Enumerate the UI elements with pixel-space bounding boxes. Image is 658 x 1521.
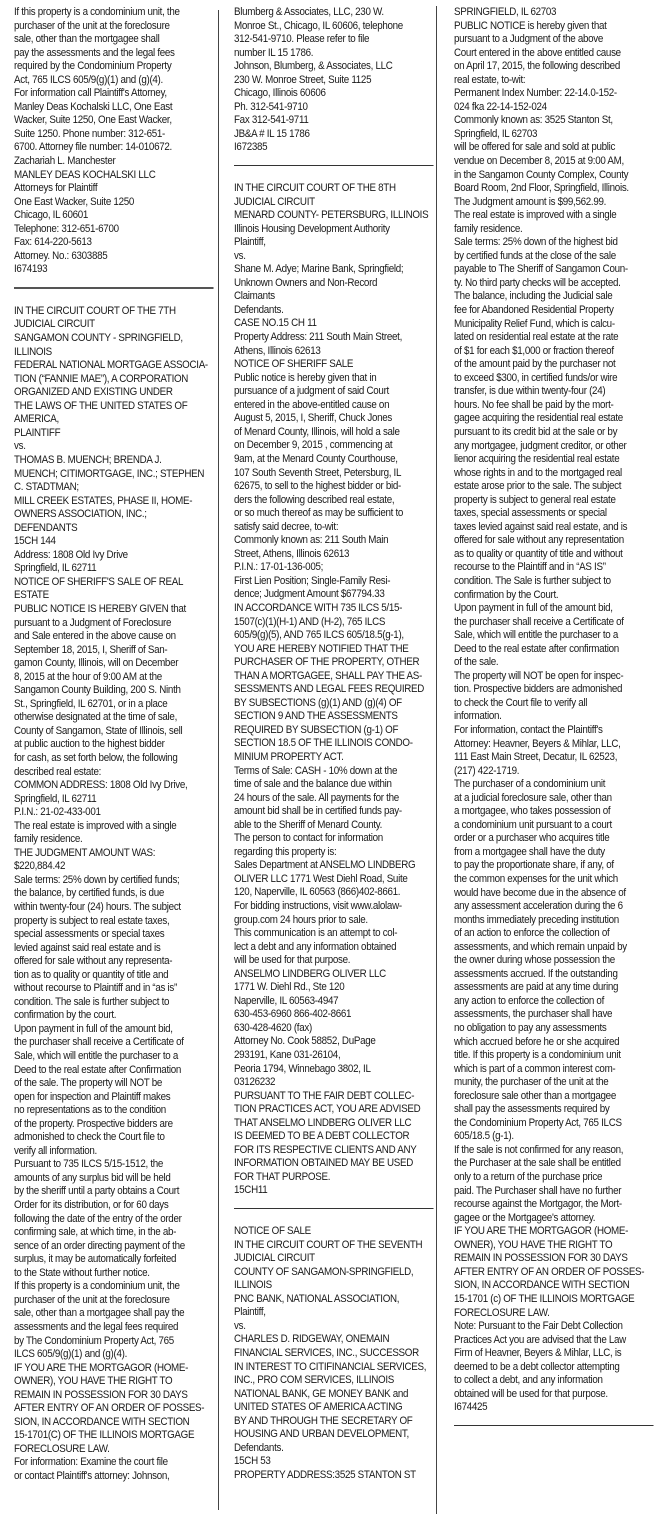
notice-text-line: amounts of any surplus bid will be held — [14, 1172, 215, 1186]
notice-text-line: AFTER ENTRY OF AN ORDER OF POSSES- — [14, 1402, 215, 1416]
notice-text-line: taxes, special assessments or special — [454, 507, 658, 521]
notice-text-line: BY AND THROUGH THE SECRETARY OF — [234, 1415, 439, 1429]
notice-text-line: IS DEEMED TO BE A DEBT COLLECTOR — [234, 1130, 439, 1144]
notice-text-line: 107 South Seventh Street, Petersburg, IL — [234, 467, 439, 481]
notice-text-line: Springfield, IL 62703 — [454, 128, 658, 142]
notice-text-line: shall pay the assessments required by — [454, 1103, 658, 1117]
notice-text-line: Fax: 614-220-5613 — [14, 236, 215, 250]
notice-text-line: Street, Athens, Illinois 62613 — [234, 548, 439, 562]
notice-text-line: 230 W. Monroe Street, Suite 1125 — [234, 74, 439, 88]
notice-text-line: OWNERS ASSOCIATION, INC.; — [14, 508, 215, 522]
notice-text-line: ESTATE — [14, 589, 215, 603]
notice-text-line: THAN A MORTGAGEE, SHALL PAY THE AS- — [234, 670, 439, 684]
notice-text-line: OWNER), YOU HAVE THE RIGHT TO — [454, 1239, 658, 1253]
notice-text-line: Sangamon County Building, 200 S. Ninth — [14, 684, 215, 698]
notice-text-line: by the sheriff until a party obtains a C… — [14, 1185, 215, 1199]
notice-text-line: pursuant to a Judgment of the above — [454, 33, 658, 47]
notice-text-line: REMAIN IN POSSESSION FOR 30 DAYS — [14, 1389, 215, 1403]
notice-text-line: the balance, by certified funds, is due — [14, 887, 215, 901]
notice-text-line: fee for Abandoned Residential Property — [454, 304, 658, 318]
notice-text-line: estate arose prior to the sale. The subj… — [454, 480, 658, 494]
notice-text-line: purchaser of the unit at the foreclosure — [14, 20, 215, 34]
notice-text-line: BY SUBSECTIONS (g)(1) AND (g)(4) OF — [234, 697, 439, 711]
notice-text-line: This communication is an attempt to col- — [234, 927, 439, 941]
notice-text-line: IN THE CIRCUIT COURT OF THE 8TH — [234, 182, 439, 196]
notice-text-line: Springfield, IL 62711 — [14, 562, 215, 576]
notice-text-line: paid. The Purchaser shall have no furthe… — [454, 1185, 658, 1199]
notice-text-line: to exceed $300, in certified funds/or wi… — [454, 372, 658, 386]
notice-text-line: JUDICIAL CIRCUIT — [14, 318, 215, 332]
notice-separator-rule — [234, 165, 434, 166]
notice-text-line: THAT ANSELMO LINDBERG OLIVER LLC — [234, 1117, 439, 1131]
notice-text-line: of the sale. — [454, 656, 658, 670]
notice-text-line: 15CH 53 — [234, 1455, 439, 1469]
notice-text-line: special assessments or special taxes — [14, 928, 215, 942]
notice-text-line: 120, Naperville, IL 60563 (866)402-8661. — [234, 886, 439, 900]
notice-text-line: regarding this property is: — [234, 846, 439, 860]
notice-text-line: lienor acquiring the residential real es… — [454, 453, 658, 467]
notice-text-line: ders the following described real estate… — [234, 494, 439, 508]
notice-text-line: Property Address: 211 South Main Street, — [234, 331, 439, 345]
notice-text-line: on December 9, 2015 , commencing at — [234, 439, 439, 453]
notice-text-line: ORGANIZED AND EXISTING UNDER — [14, 386, 215, 400]
notice-text-line: The real estate is improved with a singl… — [14, 820, 215, 834]
notice-text-line: 293191, Kane 031-26104, — [234, 1049, 439, 1063]
notice-text-line: YOU ARE HEREBY NOTIFIED THAT THE — [234, 643, 439, 657]
notice-text-line: information. — [454, 710, 658, 724]
notice-text-line: Sale, which will entitle the purchaser t… — [14, 1050, 215, 1064]
notice-text-line: Plaintiff, — [234, 1306, 439, 1320]
notice-text-line: The real estate is improved with a singl… — [454, 209, 658, 223]
notice-text-line: which is part of a common interest com- — [454, 1063, 658, 1077]
notice-text-line: 15CH 144 — [14, 535, 215, 549]
notice-text-line: assessments are paid at any time during — [454, 981, 658, 995]
notice-text-line: MENARD COUNTY- PETERSBURG, ILLINOIS — [234, 209, 439, 223]
notice-text-line: Fax 312-541-9711 — [234, 114, 439, 128]
notice-text-line: IF YOU ARE THE MORTGAGOR (HOME- — [14, 1362, 215, 1376]
notice-text-line: described real estate: — [14, 766, 215, 780]
notice-text-line: assessments accrued. If the outstanding — [454, 968, 658, 982]
notice-text-line: pursuant to a Judgment of Foreclosure — [14, 617, 215, 631]
notice-text-line: confirmation by the court. — [14, 1009, 215, 1023]
notice-text-line: UNITED STATES OF AMERICA ACTING — [234, 1401, 439, 1415]
notice-text-line: Municipality Relief Fund, which is calcu… — [454, 318, 658, 332]
notice-text-line: by certified funds at the close of the s… — [454, 250, 658, 264]
notice-text-line: 9am, at the Menard County Courthouse, — [234, 453, 439, 467]
notice-text-line: whose rights in and to the mortgaged rea… — [454, 467, 658, 481]
notice-text-line: COMMON ADDRESS: 1808 Old Ivy Drive, — [14, 779, 215, 793]
notice-separator-rule — [14, 287, 214, 289]
notice-text-line: The Judgment amount is $99,562.99. — [454, 196, 658, 210]
notice-text-line: Pursuant to 735 ILCS 5/15-1512, the — [14, 1158, 215, 1172]
notice-text-line: Zachariah L. Manchester — [14, 155, 215, 169]
notice-text-line: confirmation by the Court. — [454, 589, 658, 603]
notice-text-line: I674193 — [14, 263, 215, 277]
notice-text-line: NATIONAL BANK, GE MONEY BANK and — [234, 1388, 439, 1402]
notice-text-line: lated on residential real estate at the … — [454, 331, 658, 345]
notice-text-line: PNC BANK, NATIONAL ASSOCIATION, — [234, 1293, 439, 1307]
notice-text-line: dence; Judgment Amount $67794.33 — [234, 588, 439, 602]
notice-text-line: vs. — [234, 1320, 439, 1334]
notice-text-line: PUBLIC NOTICE IS HEREBY GIVEN that — [14, 603, 215, 617]
notice-text-line: OLIVER LLC 1771 West Diehl Road, Suite — [234, 873, 439, 887]
notice-text-line: Blumberg & Associates, LLC, 230 W. — [234, 6, 439, 20]
notice-text-line: sale, other than the mortgagee shall — [14, 33, 215, 47]
notice-text-line: Public notice is hereby given that in — [234, 372, 439, 386]
notice-text-line: family residence. — [454, 223, 658, 237]
notice-text-line: PROPERTY ADDRESS:3525 STANTON ST — [234, 1469, 439, 1483]
notice-separator-rule — [454, 1425, 654, 1426]
notice-text-line: MANLEY DEAS KOCHALSKI LLC — [14, 169, 215, 183]
notice-text-line: assessments, the purchaser shall have — [454, 1008, 658, 1022]
notice-text-line: FINANCIAL SERVICES, INC., SUCCESSOR — [234, 1347, 439, 1361]
notice-text-line: NOTICE OF SHERIFF'S SALE OF REAL — [14, 576, 215, 590]
notice-text-line: satisfy said decree, to-wit: — [234, 521, 439, 535]
notice-text-line: 6700. Attorney file number: 14-010672. — [14, 141, 215, 155]
notice-text-line: ILLINOIS — [234, 1279, 439, 1293]
notice-text-line: PUBLIC NOTICE is hereby given that — [454, 20, 658, 34]
notice-text-line: MUENCH; CITIMORTGAGE, INC.; STEPHEN — [14, 468, 215, 482]
notice-text-line: IN ACCORDANCE WITH 735 ILCS 5/15- — [234, 602, 439, 616]
notice-text-line: within twenty-four (24) hours. The subje… — [14, 901, 215, 915]
notice-text-line: NOTICE OF SALE — [234, 1225, 439, 1239]
notice-text-line: One East Wacker, Suite 1250 — [14, 196, 215, 210]
notice-text-line: condition. The sale is further subject t… — [14, 996, 215, 1010]
legal-notices-page: If this property is a condominium unit, … — [0, 0, 658, 1521]
notice-text-line: offered for sale without any representa- — [14, 955, 215, 969]
notice-text-line: Upon payment in full of the amount bid, — [454, 602, 658, 616]
notice-text-line: of an action to enforce the collection o… — [454, 927, 658, 941]
notice-text-line: any assessment acceleration during the 6 — [454, 900, 658, 914]
notice-text-line: 8, 2015 at the hour of 9:00 AM at the — [14, 671, 215, 685]
notice-text-line: FORECLOSURE LAW. — [454, 1307, 658, 1321]
notice-text-line: admonished to check the Court file to — [14, 1131, 215, 1145]
notice-text-line: taxes levied against said real estate, a… — [454, 521, 658, 535]
notice-text-line: Monroe St., Chicago, IL 60606, telephone — [234, 20, 439, 34]
notice-text-line: 24 hours of the sale. All payments for t… — [234, 792, 439, 806]
notice-text-line: THOMAS B. MUENCH; BRENDA J. — [14, 454, 215, 468]
notice-text-line: and Sale entered in the above cause on — [14, 630, 215, 644]
notice-text-line: SPRINGFIELD, IL 62703 — [454, 6, 658, 20]
notice-text-line: Attorney. No.: 6303885 — [14, 250, 215, 264]
notice-text-line: entered in the above-entitled cause on — [234, 399, 439, 413]
notice-text-line: The person to contact for information — [234, 832, 439, 846]
notice-text-line: 03126232 — [234, 1076, 439, 1090]
notice-text-line: levied against said real estate and is — [14, 942, 215, 956]
notice-text-line: 62675, to sell to the highest bidder or … — [234, 480, 439, 494]
notice-text-line: THE JUDGMENT AMOUNT WAS: — [14, 847, 215, 861]
notice-text-line: number IL 15 1786. — [234, 47, 439, 61]
notice-text-line: 15CH11 — [234, 1184, 439, 1198]
notice-text-line: 605/9(g)(5), AND 765 ILCS 605/18.5(g-1), — [234, 629, 439, 643]
notice-text-line: 024 fka 22-14-152-024 — [454, 101, 658, 115]
notice-text-line: Upon payment in full of the amount bid, — [14, 1023, 215, 1037]
legal-notice: If this property is a condominium unit, … — [14, 6, 215, 289]
notice-text-line: real estate, to-wit: — [454, 74, 658, 88]
notice-text-line: transfer, is due within twenty-four (24) — [454, 385, 658, 399]
notice-text-line: gagee acquiring the residential real est… — [454, 412, 658, 426]
notice-text-line: OWNER), YOU HAVE THE RIGHT TO — [14, 1375, 215, 1389]
notice-text-line: Plaintiff, — [234, 236, 439, 250]
notice-text-line: property is subject to real estate taxes… — [14, 915, 215, 929]
notice-text-line: to pay the proportionate share, if any, … — [454, 859, 658, 873]
notice-text-line: surplus, it may be automatically forfeit… — [14, 1253, 215, 1267]
notice-text-line: I674425 — [454, 1401, 658, 1415]
notice-text-line: the Purchaser at the sale shall be entit… — [454, 1157, 658, 1171]
notice-text-line: Order for its distribution, or for 60 da… — [14, 1199, 215, 1213]
notice-text-line: $220,884.42 — [14, 860, 215, 874]
notice-text-line: or so much thereof as may be sufficient … — [234, 507, 439, 521]
notice-text-line: SECTION 18.5 OF THE ILLINOIS CONDO- — [234, 737, 439, 751]
notice-text-line: at public auction to the highest bidder — [14, 738, 215, 752]
notice-text-line: JUDICIAL CIRCUIT — [234, 1252, 439, 1266]
notice-text-line: payable to The Sheriff of Sangamon Coun- — [454, 263, 658, 277]
notice-text-line: NOTICE OF SHERIFF SALE — [234, 358, 439, 372]
notice-text-line: any action to enforce the collection of — [454, 995, 658, 1009]
notice-text-line: PURSUANT TO THE FAIR DEBT COLLEC- — [234, 1090, 439, 1104]
notice-text-line: IN THE CIRCUIT COURT OF THE SEVENTH — [234, 1239, 439, 1253]
column-2: Blumberg & Associates, LLC, 230 W.Monroe… — [234, 6, 439, 1482]
notice-text-line: The property will NOT be open for inspec… — [454, 670, 658, 684]
notice-text-line: as to quality or quantity of title and w… — [454, 548, 658, 562]
notice-text-line: Note: Pursuant to the Fair Debt Collecti… — [454, 1320, 658, 1334]
notice-text-line: JB&A # IL 15 1786 — [234, 128, 439, 142]
notice-text-line: following the date of the entry of the o… — [14, 1213, 215, 1227]
notice-text-line: to the State without further notice. — [14, 1267, 215, 1281]
notice-text-line: vs. — [14, 440, 215, 454]
notice-text-line: Chicago, IL 60601 — [14, 209, 215, 223]
notice-text-line: Practices Act you are advised that the L… — [454, 1334, 658, 1348]
notice-text-line: IN THE CIRCUIT COURT OF THE 7TH — [14, 305, 215, 319]
column-1: If this property is a condominium unit, … — [14, 6, 215, 1484]
notice-text-line: MINIUM PROPERTY ACT. — [234, 751, 439, 765]
notice-text-line: lect a debt and any information obtained — [234, 941, 439, 955]
notice-text-line: Defendants. — [234, 1442, 439, 1456]
notice-text-line: St., Springfield, IL 62701, or in a plac… — [14, 698, 215, 712]
notice-text-line: The balance, including the Judicial sale — [454, 290, 658, 304]
notice-text-line: Court entered in the above entitled caus… — [454, 47, 658, 61]
column-3: SPRINGFIELD, IL 62703PUBLIC NOTICE is he… — [454, 6, 658, 1442]
notice-text-line: Sales Department at ANSELMO LINDBERG — [234, 859, 439, 873]
notice-text-line: C. STADTMAN; — [14, 481, 215, 495]
notice-text-line: which accrued before he or she acquired — [454, 1036, 658, 1050]
notice-text-line: If this property is a condominium unit, … — [14, 6, 215, 20]
notice-text-line: for cash, as set forth below, the follow… — [14, 752, 215, 766]
legal-notice: IN THE CIRCUIT COURT OF THE 7THJUDICIAL … — [14, 305, 215, 1484]
notice-text-line: obtained will be used for that purpose. — [454, 1388, 658, 1402]
notice-text-line: INFORMATION OBTAINED MAY BE USED — [234, 1157, 439, 1171]
notice-text-line: gamon County, Illinois, will on December — [14, 657, 215, 671]
notice-text-line: I672385 — [234, 141, 439, 155]
notice-text-line: 15-1701(C) OF THE ILLINOIS MORTGAGE — [14, 1429, 215, 1443]
notice-text-line: ty. No third party checks will be accept… — [454, 277, 658, 291]
notice-text-line: FOR THAT PURPOSE. — [234, 1171, 439, 1185]
notice-text-line: Address: 1808 Old Ivy Drive — [14, 549, 215, 563]
notice-text-line: pay the assessments and the legal fees — [14, 47, 215, 61]
notice-text-line: Sale terms: 25% down of the highest bid — [454, 236, 658, 250]
legal-notice: Blumberg & Associates, LLC, 230 W.Monroe… — [234, 6, 439, 166]
notice-text-line: MILL CREEK ESTATES, PHASE II, HOME- — [14, 495, 215, 509]
notice-text-line: REMAIN IN POSSESSION FOR 30 DAYS — [454, 1252, 658, 1266]
notice-text-line: hours. No fee shall be paid by the mort- — [454, 399, 658, 413]
notice-text-line: only to a return of the purchase price — [454, 1171, 658, 1185]
notice-text-line: of the property. Prospective bidders are — [14, 1118, 215, 1132]
notice-text-line: Deed to the real estate after confirmati… — [454, 643, 658, 657]
notice-text-line: SESSMENTS AND LEGAL FEES REQUIRED — [234, 683, 439, 697]
notice-text-line: ILLINOIS — [14, 346, 215, 360]
notice-text-line: pursuance of a judgment of said Court — [234, 385, 439, 399]
notice-text-line: DEFENDANTS — [14, 522, 215, 536]
notice-text-line: August 5, 2015, I, Sheriff, Chuck Jones — [234, 412, 439, 426]
notice-text-line: 630-428-4620 (fax) — [234, 1022, 439, 1036]
notice-text-line: verify all information. — [14, 1145, 215, 1159]
notice-text-line: Terms of Sale: CASH - 10% down at the — [234, 765, 439, 779]
legal-notice: IN THE CIRCUIT COURT OF THE 8THJUDICIAL … — [234, 182, 439, 1209]
notice-text-line: CASE NO.15 CH 11 — [234, 317, 439, 331]
notice-text-line: PLAINTIFF — [14, 427, 215, 441]
notice-text-line: 605/18.5 (g-1). — [454, 1130, 658, 1144]
notice-text-line: from a mortgagee shall have the duty — [454, 846, 658, 860]
legal-notice: SPRINGFIELD, IL 62703PUBLIC NOTICE is he… — [454, 6, 658, 1426]
notice-text-line: 1771 W. Diehl Rd., Ste 120 — [234, 981, 439, 995]
notice-text-line: INC., PRO COM SERVICES, ILLINOIS — [234, 1374, 439, 1388]
notice-text-line: Claimants — [234, 290, 439, 304]
notice-text-line: Athens, Illinois 62613 — [234, 345, 439, 359]
notice-text-line: a mortgagee, who takes possession of — [454, 805, 658, 819]
notice-text-line: vs. — [234, 250, 439, 264]
notice-text-line: Suite 1250. Phone number: 312-651- — [14, 128, 215, 142]
notice-text-line: If this property is a condominium unit, … — [14, 1280, 215, 1294]
notice-text-line: P.I.N.: 17-01-136-005; — [234, 561, 439, 575]
notice-text-line: months immediately preceding institution — [454, 914, 658, 928]
notice-text-line: Deed to the real estate after Confirmati… — [14, 1064, 215, 1078]
notice-text-line: September 18, 2015, I, Sheriff of San- — [14, 644, 215, 658]
notice-text-line: PURCHASER OF THE PROPERTY, OTHER — [234, 656, 439, 670]
notice-text-line: Chicago, Illinois 60606 — [234, 87, 439, 101]
notice-text-line: THE LAWS OF THE UNITED STATES OF — [14, 400, 215, 414]
notice-text-line: pursuant to its credit bid at the sale o… — [454, 426, 658, 440]
notice-text-line: 111 East Main Street, Decatur, IL 62523, — [454, 751, 658, 765]
notice-text-line: 15-1701 (c) OF THE ILLINOIS MORTGAGE — [454, 1293, 658, 1307]
notice-text-line: title. If this property is a condominium… — [454, 1049, 658, 1063]
notice-text-line: group.com 24 hours prior to sale. — [234, 914, 439, 928]
notice-text-line: (217) 422-1719. — [454, 765, 658, 779]
notice-text-line: the common expenses for the unit which — [454, 873, 658, 887]
notice-text-line: open for inspection and Plaintiff makes — [14, 1091, 215, 1105]
column-divider — [218, 10, 219, 1510]
notice-text-line: Permanent Index Number: 22-14.0-152- — [454, 87, 658, 101]
notice-text-line: gagee or the Mortgagee's attorney. — [454, 1212, 658, 1226]
notice-text-line: 312-541-9710. Please refer to file — [234, 33, 439, 47]
notice-text-line: SION, IN ACCORDANCE WITH SECTION — [14, 1416, 215, 1430]
notice-text-line: on April 17, 2015, the following describ… — [454, 60, 658, 74]
notice-text-line: by The Condominium Property Act, 765 — [14, 1335, 215, 1349]
notice-text-line: FORECLOSURE LAW. — [14, 1443, 215, 1457]
notice-text-line: For information, contact the Plaintiff's — [454, 724, 658, 738]
notice-text-line: TION (“FANNIE MAE”), A CORPORATION — [14, 373, 215, 387]
notice-text-line: in the Sangamon County Complex, County — [454, 169, 658, 183]
notice-text-line: If the sale is not confirmed for any rea… — [454, 1144, 658, 1158]
notice-text-line: Naperville, IL 60563-4947 — [234, 995, 439, 1009]
notice-text-line: JUDICIAL CIRCUIT — [234, 196, 439, 210]
notice-text-line: For bidding instructions, visit www.alol… — [234, 900, 439, 914]
notice-text-line: will be offered for sale and sold at pub… — [454, 141, 658, 155]
notice-text-line: CHARLES D. RIDGEWAY, ONEMAIN — [234, 1333, 439, 1347]
notice-text-line: IN INTEREST TO CITIFINANCIAL SERVICES, — [234, 1361, 439, 1375]
notice-text-line: tion as to quality or quantity of title … — [14, 969, 215, 983]
notice-text-line: of the amount paid by the purchaser not — [454, 358, 658, 372]
notice-text-line: 630-453-6960 866-402-8661 — [234, 1008, 439, 1022]
notice-text-line: Attorney: Heavner, Beyers & Mihlar, LLC, — [454, 738, 658, 752]
notice-text-line: ANSELMO LINDBERG OLIVER LLC — [234, 968, 439, 982]
notice-text-line: family residence. — [14, 833, 215, 847]
notice-text-line: amount bid shall be in certified funds p… — [234, 805, 439, 819]
notice-separator-rule — [234, 1208, 434, 1209]
notice-text-line: no obligation to pay any assessments — [454, 1022, 658, 1036]
notice-text-line: Sale, which will entitle the purchaser t… — [454, 629, 658, 643]
notice-text-line: of Menard County, Illinois, will hold a … — [234, 426, 439, 440]
notice-text-line: REQUIRED BY SUBSECTION (g-1) OF — [234, 724, 439, 738]
notice-text-line: a condominium unit pursuant to a court — [454, 819, 658, 833]
notice-text-line: purchaser of the unit at the foreclosure — [14, 1294, 215, 1308]
notice-text-line: tion. Prospective bidders are admonished — [454, 683, 658, 697]
notice-text-line: Firm of Heavner, Beyers & Mihlar, LLC, i… — [454, 1347, 658, 1361]
notice-text-line: the Condominium Property Act, 765 ILCS — [454, 1117, 658, 1131]
notice-text-line: Unknown Owners and Non-Record — [234, 277, 439, 291]
notice-text-line: munity, the purchaser of the unit at the — [454, 1076, 658, 1090]
notice-text-line: assessments and the legal fees required — [14, 1321, 215, 1335]
notice-text-line: of the sale. The property will NOT be — [14, 1077, 215, 1091]
legal-notice: NOTICE OF SALEIN THE CIRCUIT COURT OF TH… — [234, 1225, 439, 1482]
notice-text-line: condition. The Sale is further subject t… — [454, 575, 658, 589]
notice-text-line: County of Sangamon, State of Illinois, s… — [14, 725, 215, 739]
notice-text-line: 1507(c)(1)(H-1) AND (H-2), 765 ILCS — [234, 616, 439, 630]
notice-text-line: SANGAMON COUNTY - SPRINGFIELD, — [14, 332, 215, 346]
notice-text-line: will be used for that purpose. — [234, 954, 439, 968]
notice-text-line: Sale terms: 25% down by certified funds; — [14, 874, 215, 888]
notice-text-line: of $1 for each $1,000 or fraction thereo… — [454, 345, 658, 359]
notice-text-line: Telephone: 312-651-6700 — [14, 223, 215, 237]
notice-text-line: assessments, and which remain unpaid by — [454, 941, 658, 955]
notice-text-line: without recourse to Plaintiff and in “as… — [14, 982, 215, 996]
notice-text-line: Attorney No. Cook 58852, DuPage — [234, 1035, 439, 1049]
notice-text-line: foreclosure sale other than a mortgagee — [454, 1090, 658, 1104]
notice-text-line: AMERICA, — [14, 413, 215, 427]
notice-text-line: P.I.N.: 21-02-433-001 — [14, 806, 215, 820]
notice-text-line: or contact Plaintiff's attorney: Johnson… — [14, 1470, 215, 1484]
notice-text-line: IF YOU ARE THE MORTGAGOR (HOME- — [454, 1225, 658, 1239]
notice-text-line: confirming sale, at which time, in the a… — [14, 1226, 215, 1240]
notice-text-line: First Lien Position; Single-Family Resi- — [234, 575, 439, 589]
notice-text-line: Act, 765 ILCS 605/9(g)(1) and (g)(4). — [14, 74, 215, 88]
notice-text-line: Defendants. — [234, 304, 439, 318]
notice-text-line: able to the Sheriff of Menard County. — [234, 819, 439, 833]
notice-text-line: the purchaser shall receive a Certificat… — [14, 1036, 215, 1050]
notice-text-line: otherwise designated at the time of sale… — [14, 711, 215, 725]
notice-text-line: Manley Deas Kochalski LLC, One East — [14, 101, 215, 115]
notice-text-line: AFTER ENTRY OF AN ORDER OF POSSES- — [454, 1266, 658, 1280]
notice-text-line: to check the Court file to verify all — [454, 697, 658, 711]
notice-text-line: recourse to the Plaintiff and in “AS IS” — [454, 561, 658, 575]
notice-text-line: any mortgagee, judgment creditor, or oth… — [454, 440, 658, 454]
notice-text-line: FOR ITS RESPECTIVE CLIENTS AND ANY — [234, 1144, 439, 1158]
notice-text-line: TION PRACTICES ACT, YOU ARE ADVISED — [234, 1103, 439, 1117]
notice-text-line: order or a purchaser who acquires title — [454, 832, 658, 846]
notice-text-line: COUNTY OF SANGAMON-SPRINGFIELD, — [234, 1266, 439, 1280]
notice-text-line: offered for sale without any representat… — [454, 534, 658, 548]
notice-text-line: ILCS 605/9(g)(1) and (g)(4). — [14, 1348, 215, 1362]
notice-text-line: The purchaser of a condominium unit — [454, 778, 658, 792]
